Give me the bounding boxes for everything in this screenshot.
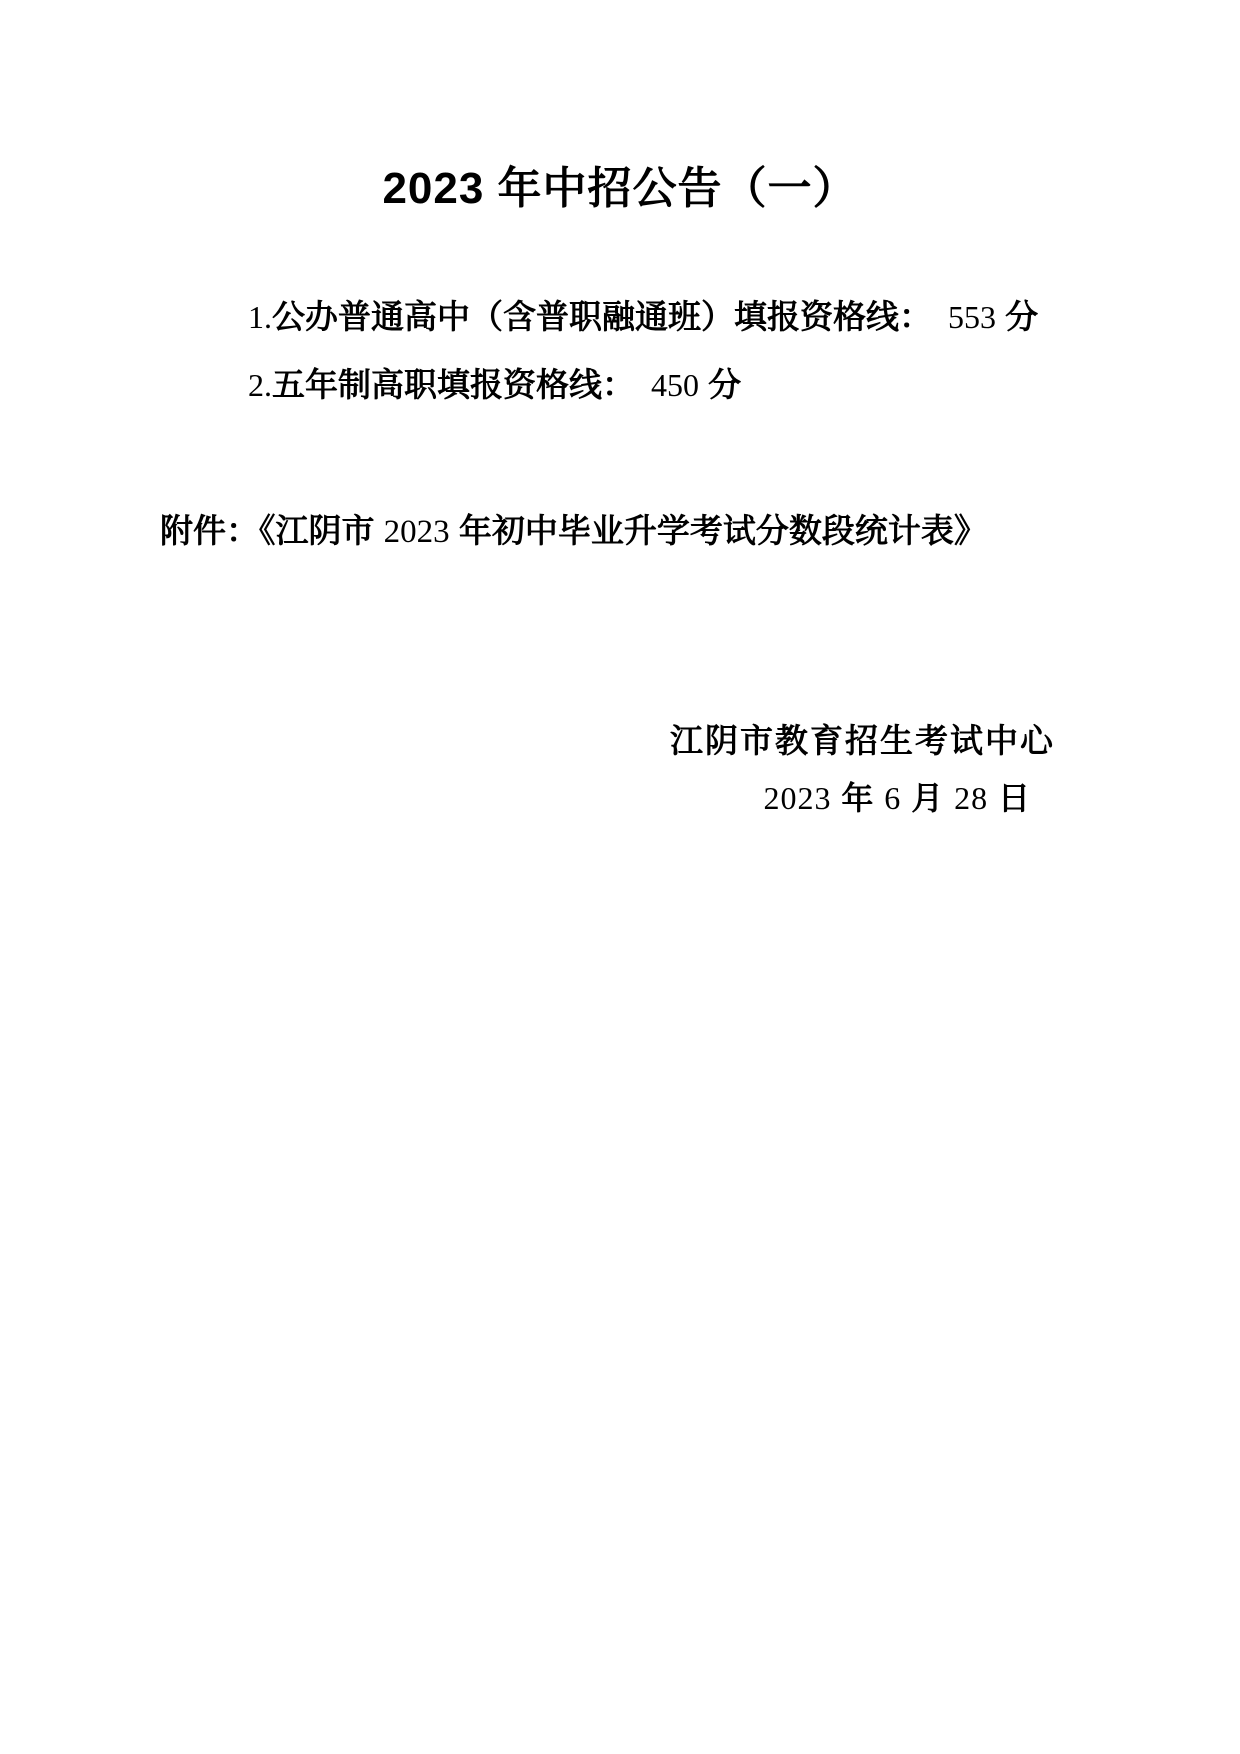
announcement-page: 2023 年中招公告（一） 1.公办普通高中（含普职融通班）填报资格线：553 … [0, 0, 1240, 1754]
item-2-text: 五年制高职填报资格线： [272, 366, 635, 403]
date-month-label: 月 [901, 780, 954, 816]
date-day-label: 日 [988, 780, 1031, 816]
attachment-line: 附件：《江阴市 2023 年初中毕业升学考试分数段统计表》 [160, 511, 1080, 553]
item-2-number: 2. [248, 367, 272, 403]
date-day: 28 [954, 780, 988, 816]
attachment-prefix: 附件：《江阴市 [160, 512, 384, 549]
date-year-label: 年 [832, 780, 885, 816]
signature-date: 2023 年 6 月 28 日 [160, 779, 1055, 817]
item-1-number: 1. [248, 299, 272, 335]
item-1-value: 553 [948, 299, 996, 335]
list-item-2: 2.五年制高职填报资格线：450 分 [248, 351, 1080, 419]
page-title: 2023 年中招公告（一） [160, 0, 1080, 213]
item-1-unit: 分 [996, 298, 1038, 335]
title-year: 2023 [382, 164, 484, 213]
item-2-unit: 分 [699, 366, 741, 403]
date-month: 6 [884, 780, 901, 816]
date-year: 2023 [764, 780, 832, 816]
signature-block: 江阴市教育招生考试中心 2023 年 6 月 28 日 [160, 721, 1080, 817]
attachment-suffix: 年初中毕业升学考试分数段统计表》 [450, 512, 987, 549]
title-text: 年中招公告（一） [484, 164, 857, 213]
item-2-value: 450 [651, 367, 699, 403]
item-1-text: 公办普通高中（含普职融通班）填报资格线： [272, 298, 932, 335]
body-items: 1.公办普通高中（含普职融通班）填报资格线：553 分 2.五年制高职填报资格线… [160, 283, 1080, 419]
signer-organization: 江阴市教育招生考试中心 [160, 721, 1055, 761]
list-item-1: 1.公办普通高中（含普职融通班）填报资格线：553 分 [248, 283, 1080, 351]
attachment-year: 2023 [384, 514, 450, 550]
